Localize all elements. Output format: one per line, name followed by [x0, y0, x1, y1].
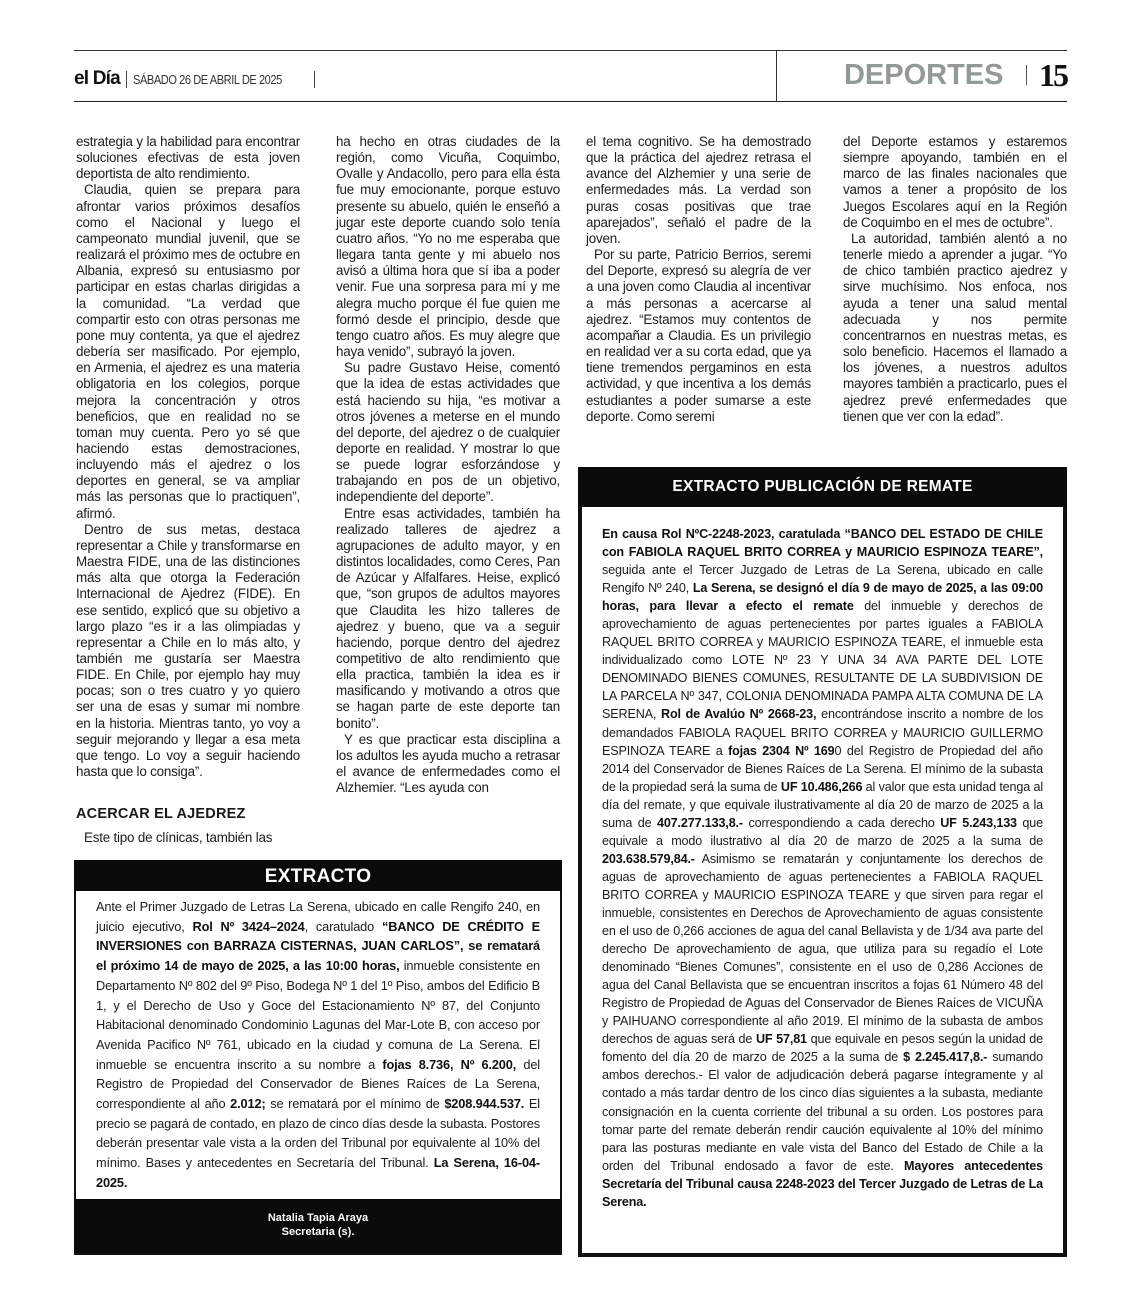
bold-text-run: $ 2.245.417,8.- — [903, 1050, 987, 1064]
notice-body: Ante el Primer Juzgado de Letras La Sere… — [76, 891, 560, 1193]
bold-text-run: $208.944.537. — [444, 1096, 524, 1111]
newspaper-logo: el Día — [74, 68, 120, 90]
paragraph: Claudia, quien se prepara para afrontar … — [76, 182, 300, 521]
text-run: del inmueble y derechos de aprovechamien… — [602, 599, 1043, 721]
masthead: el Día SÁBADO 26 DE ABRIL DE 2025 — [74, 66, 321, 92]
signatory-title: Secretaria (s). — [74, 1225, 562, 1239]
signatory-name: Natalia Tapia Araya — [74, 1211, 562, 1225]
article-column-2: ha hecho en otras ciudades de la región,… — [336, 134, 560, 796]
bold-text-run: Rol de Avalúo Nº 2668-23, — [661, 707, 816, 721]
bold-text-run: UF 5.243,133 — [940, 816, 1017, 830]
notice-body: En causa Rol NºC-2248-2023, caratulada “… — [582, 507, 1063, 1211]
paragraph: Y es que practicar esta disciplina a los… — [336, 732, 560, 797]
bold-text-run: Rol Nº 3424–2024 — [192, 919, 304, 934]
paragraph: La autoridad, también alentó a no tenerl… — [843, 231, 1067, 425]
text-run: sumando ambos derechos.- El valor de adj… — [602, 1050, 1043, 1172]
paragraph: Dentro de sus metas, destaca representar… — [76, 522, 300, 781]
article-column-3: el tema cognitivo. Se ha demostrado que … — [586, 134, 811, 425]
paragraph: ha hecho en otras ciudades de la región,… — [336, 134, 560, 360]
publication-date: SÁBADO 26 DE ABRIL DE 2025 — [133, 72, 282, 87]
text-run: se rematará por el mínimo de — [266, 1096, 445, 1111]
text-run: , caratulado — [305, 919, 382, 934]
legal-notice-extracto: EXTRACTO Ante el Primer Juzgado de Letra… — [74, 860, 562, 1255]
bold-text-run: 2.012; — [230, 1096, 265, 1111]
bold-text-run: UF 10.486,266 — [781, 780, 862, 794]
text-run: correspondiendo a cada derecho — [743, 816, 940, 830]
notice-title: EXTRACTO — [74, 860, 562, 891]
header-divider — [776, 50, 777, 102]
text-run: inmueble consistente en Departamento Nº … — [96, 958, 540, 1072]
header-bottom-rule — [74, 101, 1067, 102]
separator — [126, 71, 127, 88]
separator — [314, 71, 315, 88]
bold-text-run: 203.638.579,84.- — [602, 852, 695, 866]
bold-text-run: fojas 8.736, Nº 6.200, — [382, 1057, 516, 1072]
header-top-rule — [74, 50, 1067, 51]
bold-text-run: fojas 2304 Nº 169 — [728, 744, 834, 758]
article-column-1: estrategia y la habilidad para encontrar… — [76, 134, 300, 847]
notice-signature: Natalia Tapia Araya Secretaria (s). — [74, 1199, 562, 1253]
paragraph: Entre esas actividades, también ha reali… — [336, 506, 560, 732]
paragraph: Por su parte, Patricio Berrios, seremi d… — [586, 247, 811, 425]
notice-title: EXTRACTO PUBLICACIÓN DE REMATE — [578, 467, 1067, 507]
article-column-4: del Deporte estamos y estaremos siempre … — [843, 134, 1067, 425]
bold-text-run: UF 57,81 — [756, 1032, 807, 1046]
bold-text-run: 407.277.133,8.- — [657, 816, 743, 830]
paragraph: el tema cognitivo. Se ha demostrado que … — [586, 134, 811, 247]
separator — [1026, 65, 1028, 85]
page-number: 15 — [1039, 57, 1067, 94]
paragraph: Este tipo de clínicas, también las — [76, 830, 300, 846]
bold-text-run: En causa Rol NºC-2248-2023, caratulada “… — [602, 527, 1043, 559]
section-header: DEPORTES 15 — [844, 56, 1067, 94]
paragraph: del Deporte estamos y estaremos siempre … — [843, 134, 1067, 231]
paragraph: estrategia y la habilidad para encontrar… — [76, 134, 300, 182]
legal-notice-remate: EXTRACTO PUBLICACIÓN DE REMATE En causa … — [578, 467, 1067, 1257]
section-title: DEPORTES — [844, 59, 1004, 92]
text-run: Asimismo se rematarán y conjuntamente lo… — [602, 852, 1043, 1046]
subheading: ACERCAR EL AJEDREZ — [76, 806, 300, 822]
paragraph: Su padre Gustavo Heise, comentó que la i… — [336, 360, 560, 505]
